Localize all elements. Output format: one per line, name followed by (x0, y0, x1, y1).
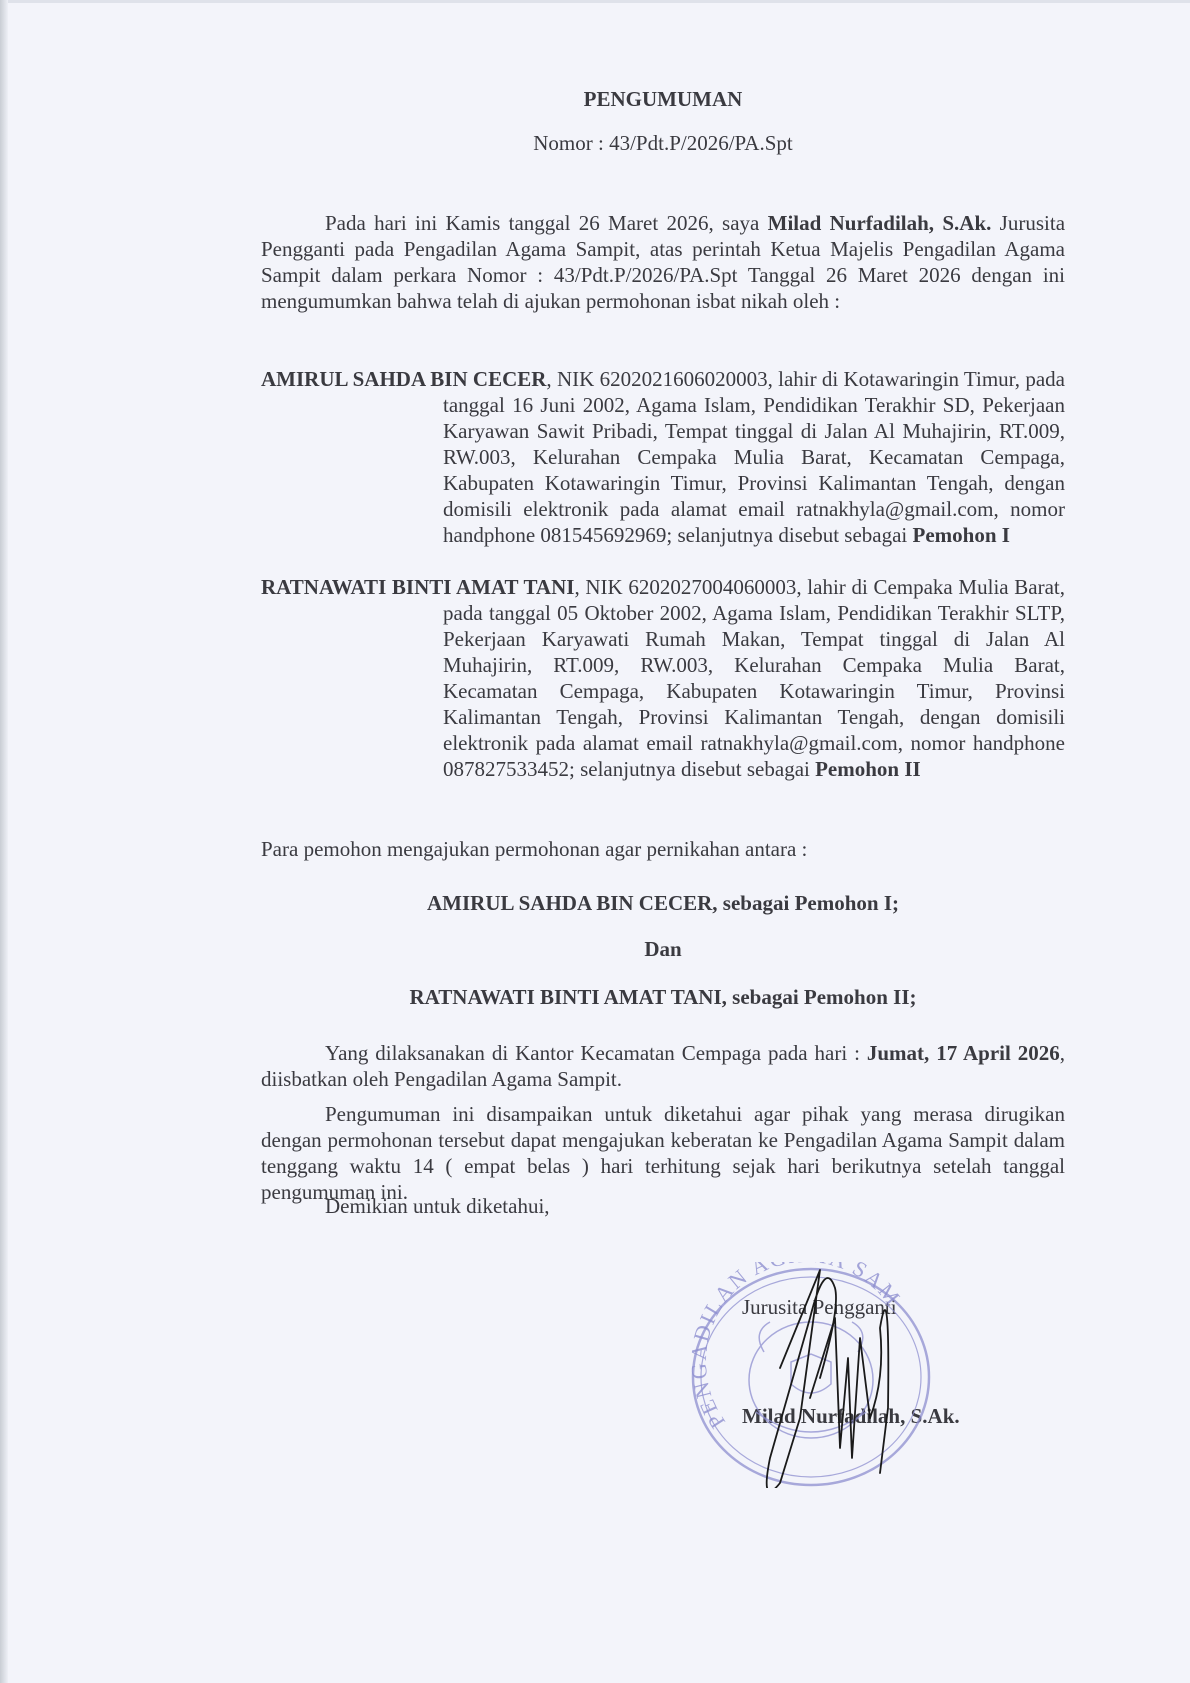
schedule-date: Jumat, 17 April 2026 (867, 1041, 1060, 1065)
closing-line: Demikian untuk diketahui, (261, 1193, 1065, 1219)
handwritten-signature-icon (740, 1258, 900, 1488)
page-left-edge (0, 0, 8, 1683)
party-pemohon-2: RATNAWATI BINTI AMAT TANI, NIK 620202700… (261, 574, 1065, 782)
schedule-lead: Yang dilaksanakan di Kantor Kecamatan Ce… (325, 1041, 867, 1065)
couple-line-1: AMIRUL SAHDA BIN CECER, sebagai Pemohon … (261, 890, 1065, 916)
party-details: , NIK 6202027004060003, lahir di Cempaka… (443, 575, 1065, 781)
couple-and: Dan (261, 936, 1065, 962)
para-pemohon-line: Para pemohon mengajukan permohonan agar … (261, 836, 1065, 862)
notice-paragraph: Pengumuman ini disampaikan untuk diketah… (261, 1101, 1065, 1205)
page-top-edge (0, 0, 1190, 3)
document-number: Nomor : 43/Pdt.P/2026/PA.Spt (261, 130, 1065, 156)
intro-paragraph: Pada hari ini Kamis tanggal 26 Maret 202… (261, 210, 1065, 314)
party-role: Pemohon II (815, 757, 921, 781)
document-title: PENGUMUMAN (261, 86, 1065, 112)
party-name: RATNAWATI BINTI AMAT TANI (261, 575, 574, 599)
party-role: Pemohon I (913, 523, 1010, 547)
party-name: AMIRUL SAHDA BIN CECER (261, 367, 546, 391)
schedule-paragraph: Yang dilaksanakan di Kantor Kecamatan Ce… (261, 1040, 1065, 1092)
officer-name: Milad Nurfadilah, S.Ak. (768, 211, 992, 235)
couple-line-2: RATNAWATI BINTI AMAT TANI, sebagai Pemoh… (261, 984, 1065, 1010)
party-pemohon-1: AMIRUL SAHDA BIN CECER, NIK 620202160602… (261, 366, 1065, 548)
party-details: , NIK 6202021606020003, lahir di Kotawar… (443, 367, 1065, 547)
intro-lead: Pada hari ini Kamis tanggal 26 Maret 202… (325, 211, 768, 235)
